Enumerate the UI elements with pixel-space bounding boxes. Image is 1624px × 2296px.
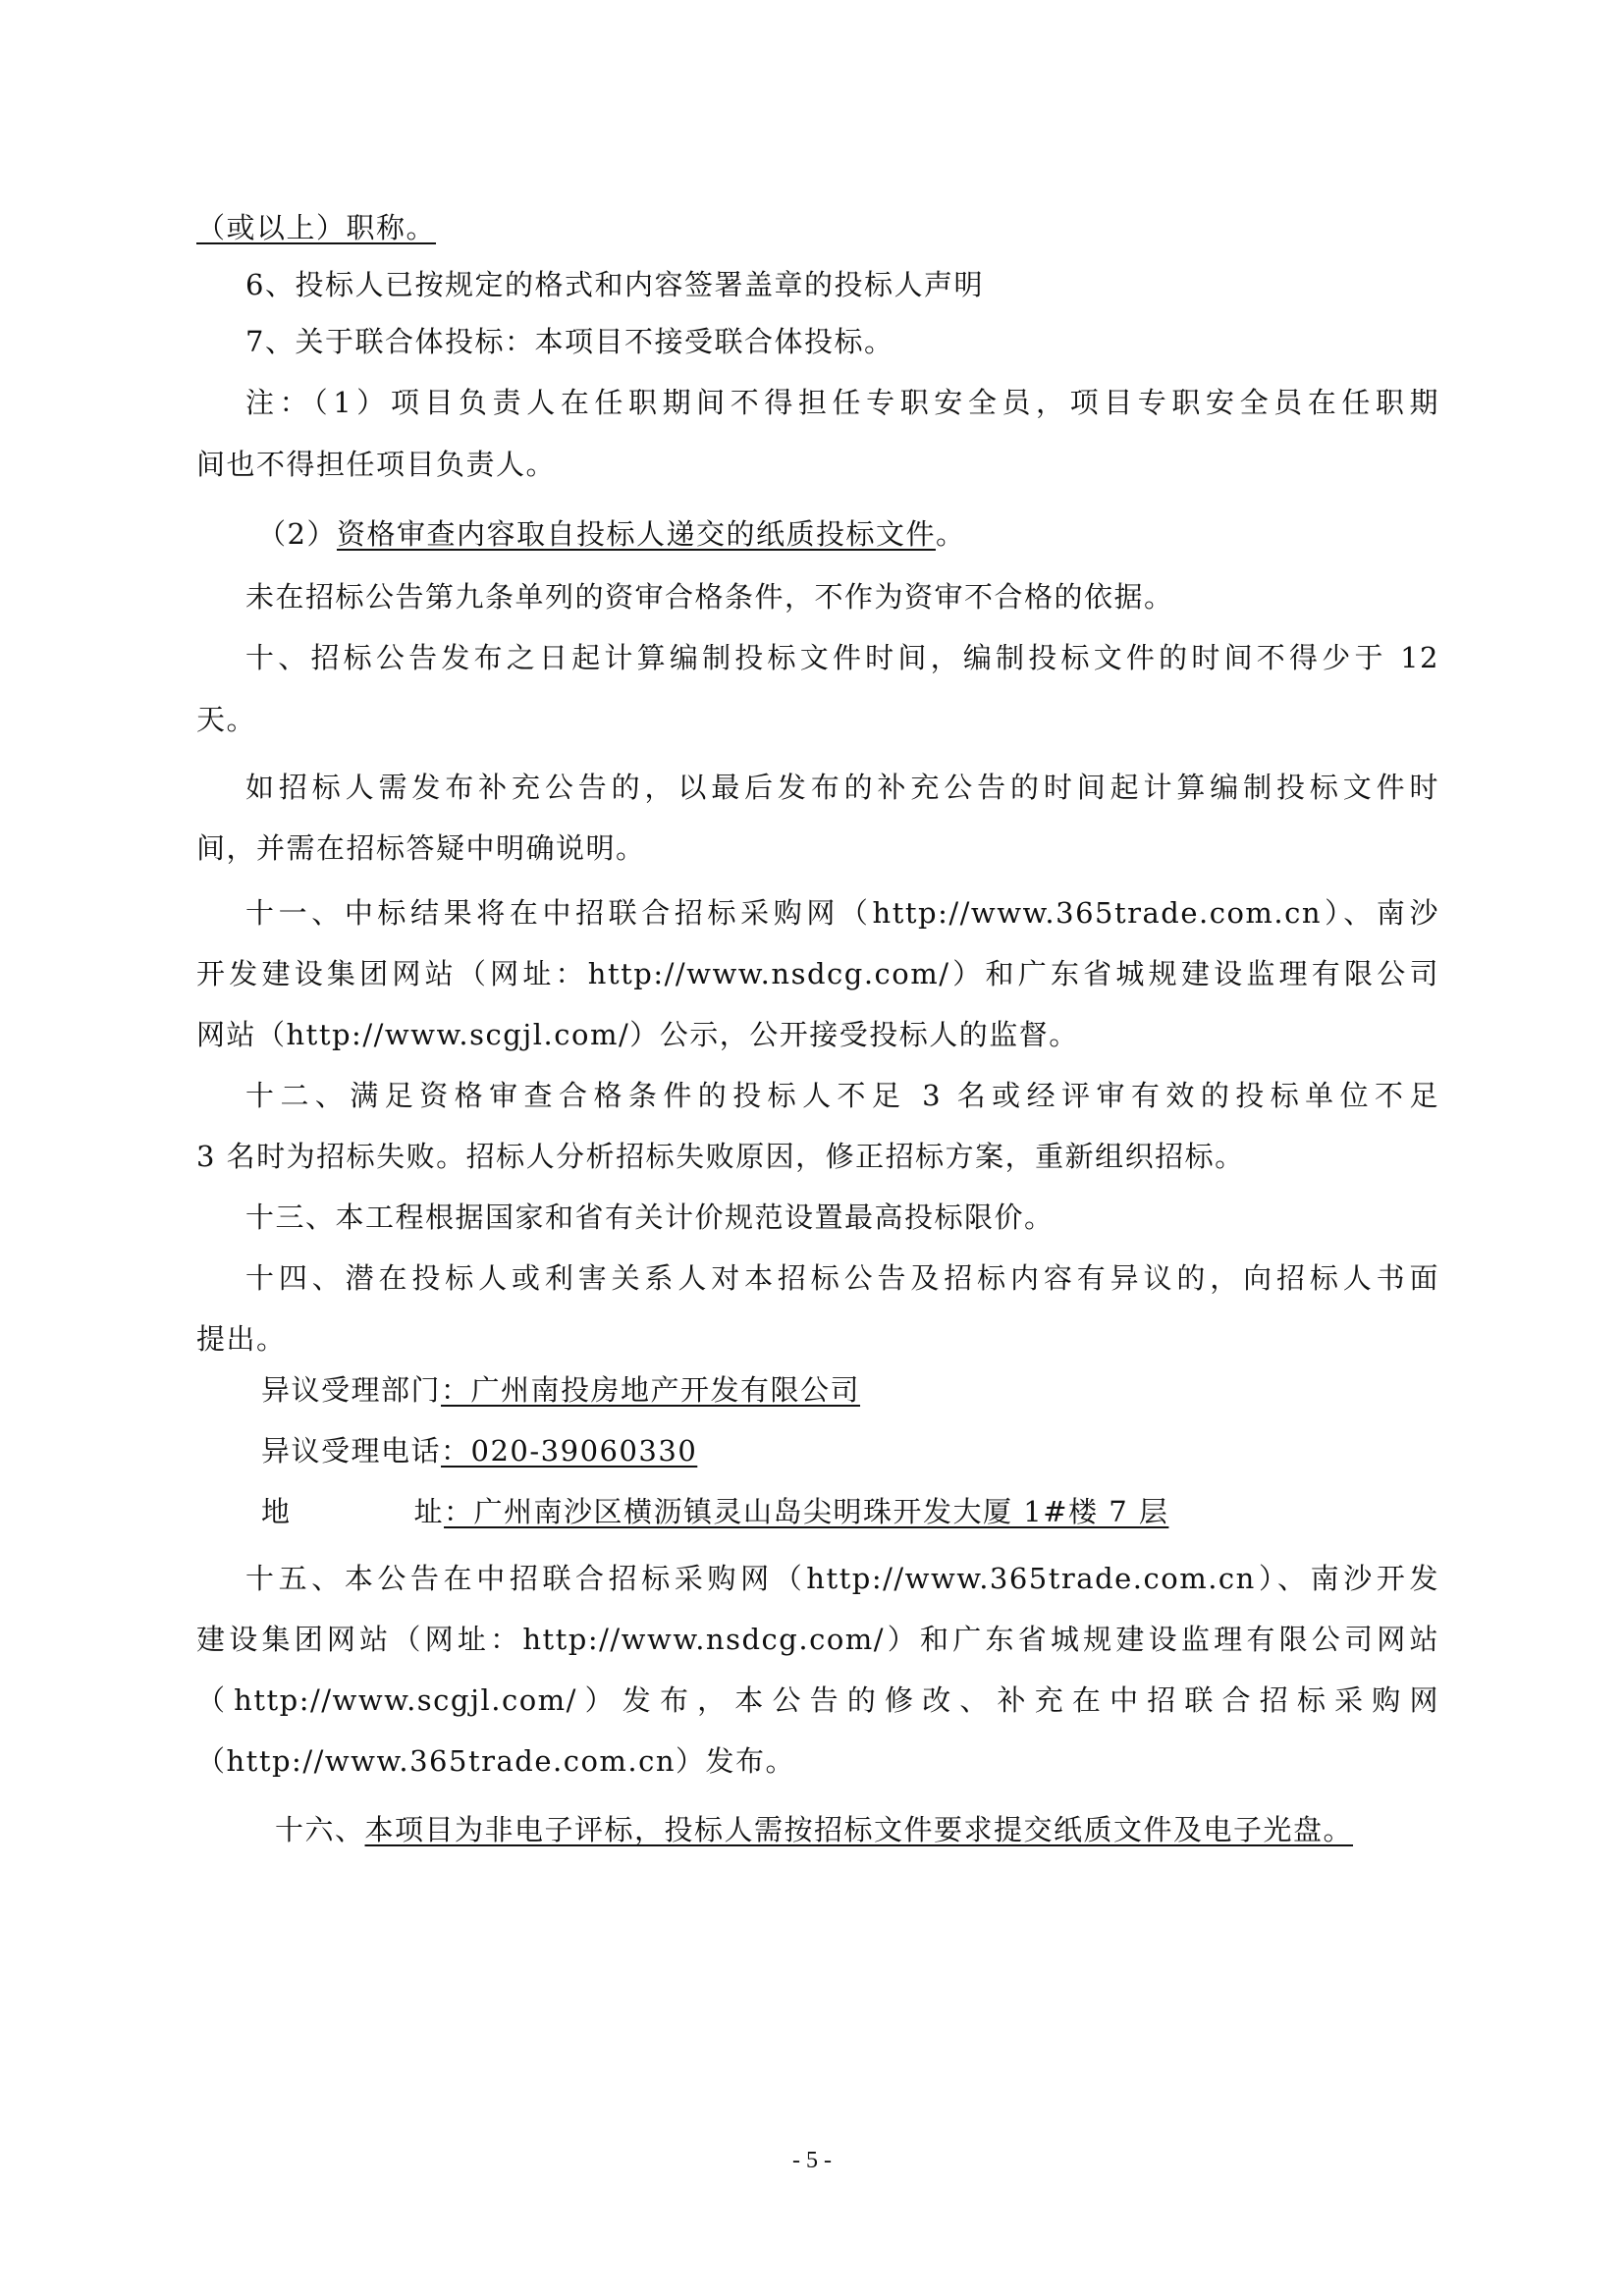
paragraph-line: 注：（1）项目负责人在任职期间不得担任专职安全员，项目专职安全员在任职期 bbox=[245, 385, 1439, 420]
objection-address-label-start: 地 bbox=[261, 1495, 292, 1528]
section-15-continued-text: 建设集团网站（网址：http://www.nsdcg.com/）和广东省城规建设… bbox=[196, 1623, 1439, 1656]
paragraph-line: （http://www.365trade.com.cn）发布。 bbox=[196, 1743, 795, 1779]
section-13-text: 十三、本工程根据国家和省有关计价规范设置最高投标限价。 bbox=[245, 1201, 1055, 1234]
paragraph-line: 6、投标人已按规定的格式和内容签署盖章的投标人声明 bbox=[245, 267, 984, 302]
section-14-continued-text: 提出。 bbox=[196, 1322, 287, 1356]
paragraph-line: 天。 bbox=[196, 702, 256, 737]
page-number: - 5 - bbox=[0, 2148, 1624, 2174]
note-1-continued-text: 间也不得担任项目负责人。 bbox=[196, 448, 556, 481]
paragraph-line: 十三、本工程根据国家和省有关计价规范设置最高投标限价。 bbox=[245, 1200, 1055, 1235]
objection-phone-row: 异议受理电话：020-39060330 bbox=[261, 1433, 697, 1468]
paragraph-line: 间，并需在招标答疑中明确说明。 bbox=[196, 830, 646, 866]
objection-address-label-end: 址 bbox=[414, 1495, 445, 1528]
section-10-continued-text: 天。 bbox=[196, 703, 256, 736]
note-2-underlined-text: 资格审查内容取自投标人递交的纸质投标文件 bbox=[337, 517, 936, 551]
section-11-end-text: 网站（http://www.scgjl.com/）公示，公开接受投标人的监督。 bbox=[196, 1018, 1079, 1051]
objection-address-value: ：广州南沙区横沥镇灵山岛尖明珠开发大厦 1#楼 7 层 bbox=[444, 1495, 1168, 1528]
paragraph-line: （或以上）职称。 bbox=[196, 210, 436, 245]
paragraph-line: 十二、满足资格审查合格条件的投标人不足 3 名或经评审有效的投标单位不足 bbox=[245, 1078, 1439, 1113]
section-15-continued-2-text: （http://www.scgjl.com/）发布，本公告的修改、补充在中招联合… bbox=[196, 1683, 1439, 1717]
paragraph-line: 未在招标公告第九条单列的资审合格条件，不作为资审不合格的依据。 bbox=[245, 579, 1174, 614]
section-12-text: 十二、满足资格审查合格条件的投标人不足 3 名或经评审有效的投标单位不足 bbox=[245, 1079, 1439, 1112]
qualification-title-text: （或以上）职称。 bbox=[196, 211, 436, 244]
objection-phone-label: 异议受理电话 bbox=[261, 1434, 441, 1468]
paragraph-line: 开发建设集团网站（网址：http://www.nsdcg.com/）和广东省城规… bbox=[196, 956, 1439, 991]
paragraph-line: 间也不得担任项目负责人。 bbox=[196, 447, 556, 482]
note-1-text: 注：（1）项目负责人在任职期间不得担任专职安全员，项目专职安全员在任职期 bbox=[245, 386, 1439, 419]
section-10-text: 十、招标公告发布之日起计算编制投标文件时间，编制投标文件的时间不得少于 12 bbox=[245, 641, 1439, 674]
objection-address-row: 地址：广州南沙区横沥镇灵山岛尖明珠开发大厦 1#楼 7 层 bbox=[261, 1494, 1168, 1529]
document-page: （或以上）职称。 6、投标人已按规定的格式和内容签署盖章的投标人声明 7、关于联… bbox=[0, 0, 1624, 2296]
objection-phone-value: ：020-39060330 bbox=[441, 1434, 697, 1468]
section-16-prefix: 十六、 bbox=[275, 1813, 365, 1846]
paragraph-line: 提出。 bbox=[196, 1321, 287, 1357]
note-2-suffix: 。 bbox=[936, 517, 966, 551]
section-15-text: 十五、本公告在中招联合招标采购网（http://www.365trade.com… bbox=[245, 1562, 1439, 1595]
paragraph-line: 十六、本项目为非电子评标，投标人需按招标文件要求提交纸质文件及电子光盘。 bbox=[275, 1812, 1353, 1847]
item-7-text: 7、关于联合体投标：本项目不接受联合体投标。 bbox=[245, 325, 893, 358]
paragraph-line: 如招标人需发布补充公告的，以最后发布的补充公告的时间起计算编制投标文件时 bbox=[245, 770, 1439, 805]
section-12-continued-text: 3 名时为招标失败。招标人分析招标失败原因，修正招标方案，重新组织招标。 bbox=[196, 1140, 1245, 1173]
paragraph-line: 3 名时为招标失败。招标人分析招标失败原因，修正招标方案，重新组织招标。 bbox=[196, 1139, 1245, 1174]
supplement-notice-text: 如招标人需发布补充公告的，以最后发布的补充公告的时间起计算编制投标文件时 bbox=[245, 771, 1439, 804]
paragraph-line: 十一、中标结果将在中招联合招标采购网（http://www.365trade.c… bbox=[245, 895, 1439, 931]
objection-department-value: ：广州南投房地产开发有限公司 bbox=[441, 1373, 860, 1407]
paragraph-line: 建设集团网站（网址：http://www.nsdcg.com/）和广东省城规建设… bbox=[196, 1622, 1439, 1657]
section-11-text: 十一、中标结果将在中招联合招标采购网（http://www.365trade.c… bbox=[245, 896, 1439, 930]
paragraph-line: 十、招标公告发布之日起计算编制投标文件时间，编制投标文件的时间不得少于 12 bbox=[245, 640, 1439, 675]
section-11-continued-text: 开发建设集团网站（网址：http://www.nsdcg.com/）和广东省城规… bbox=[196, 957, 1439, 990]
paragraph-line: （2）资格审查内容取自投标人递交的纸质投标文件。 bbox=[257, 516, 965, 552]
item-6-text: 6、投标人已按规定的格式和内容签署盖章的投标人声明 bbox=[245, 268, 984, 301]
objection-department-row: 异议受理部门：广州南投房地产开发有限公司 bbox=[261, 1372, 860, 1408]
section-16-underlined-text: 本项目为非电子评标，投标人需按招标文件要求提交纸质文件及电子光盘。 bbox=[365, 1813, 1354, 1846]
section-15-end-text: （http://www.365trade.com.cn）发布。 bbox=[196, 1744, 795, 1778]
section-14-text: 十四、潜在投标人或利害关系人对本招标公告及招标内容有异议的，向招标人书面 bbox=[245, 1261, 1439, 1295]
paragraph-line: （http://www.scgjl.com/）发布，本公告的修改、补充在中招联合… bbox=[196, 1682, 1439, 1718]
paragraph-line: 7、关于联合体投标：本项目不接受联合体投标。 bbox=[245, 324, 893, 359]
objection-department-label: 异议受理部门 bbox=[261, 1373, 441, 1407]
unlisted-conditions-text: 未在招标公告第九条单列的资审合格条件，不作为资审不合格的依据。 bbox=[245, 580, 1174, 614]
supplement-notice-continued-text: 间，并需在招标答疑中明确说明。 bbox=[196, 831, 646, 865]
paragraph-line: 十四、潜在投标人或利害关系人对本招标公告及招标内容有异议的，向招标人书面 bbox=[245, 1260, 1439, 1296]
paragraph-line: 十五、本公告在中招联合招标采购网（http://www.365trade.com… bbox=[245, 1561, 1439, 1596]
paragraph-line: 网站（http://www.scgjl.com/）公示，公开接受投标人的监督。 bbox=[196, 1017, 1079, 1052]
note-2-prefix: （2） bbox=[257, 517, 337, 551]
